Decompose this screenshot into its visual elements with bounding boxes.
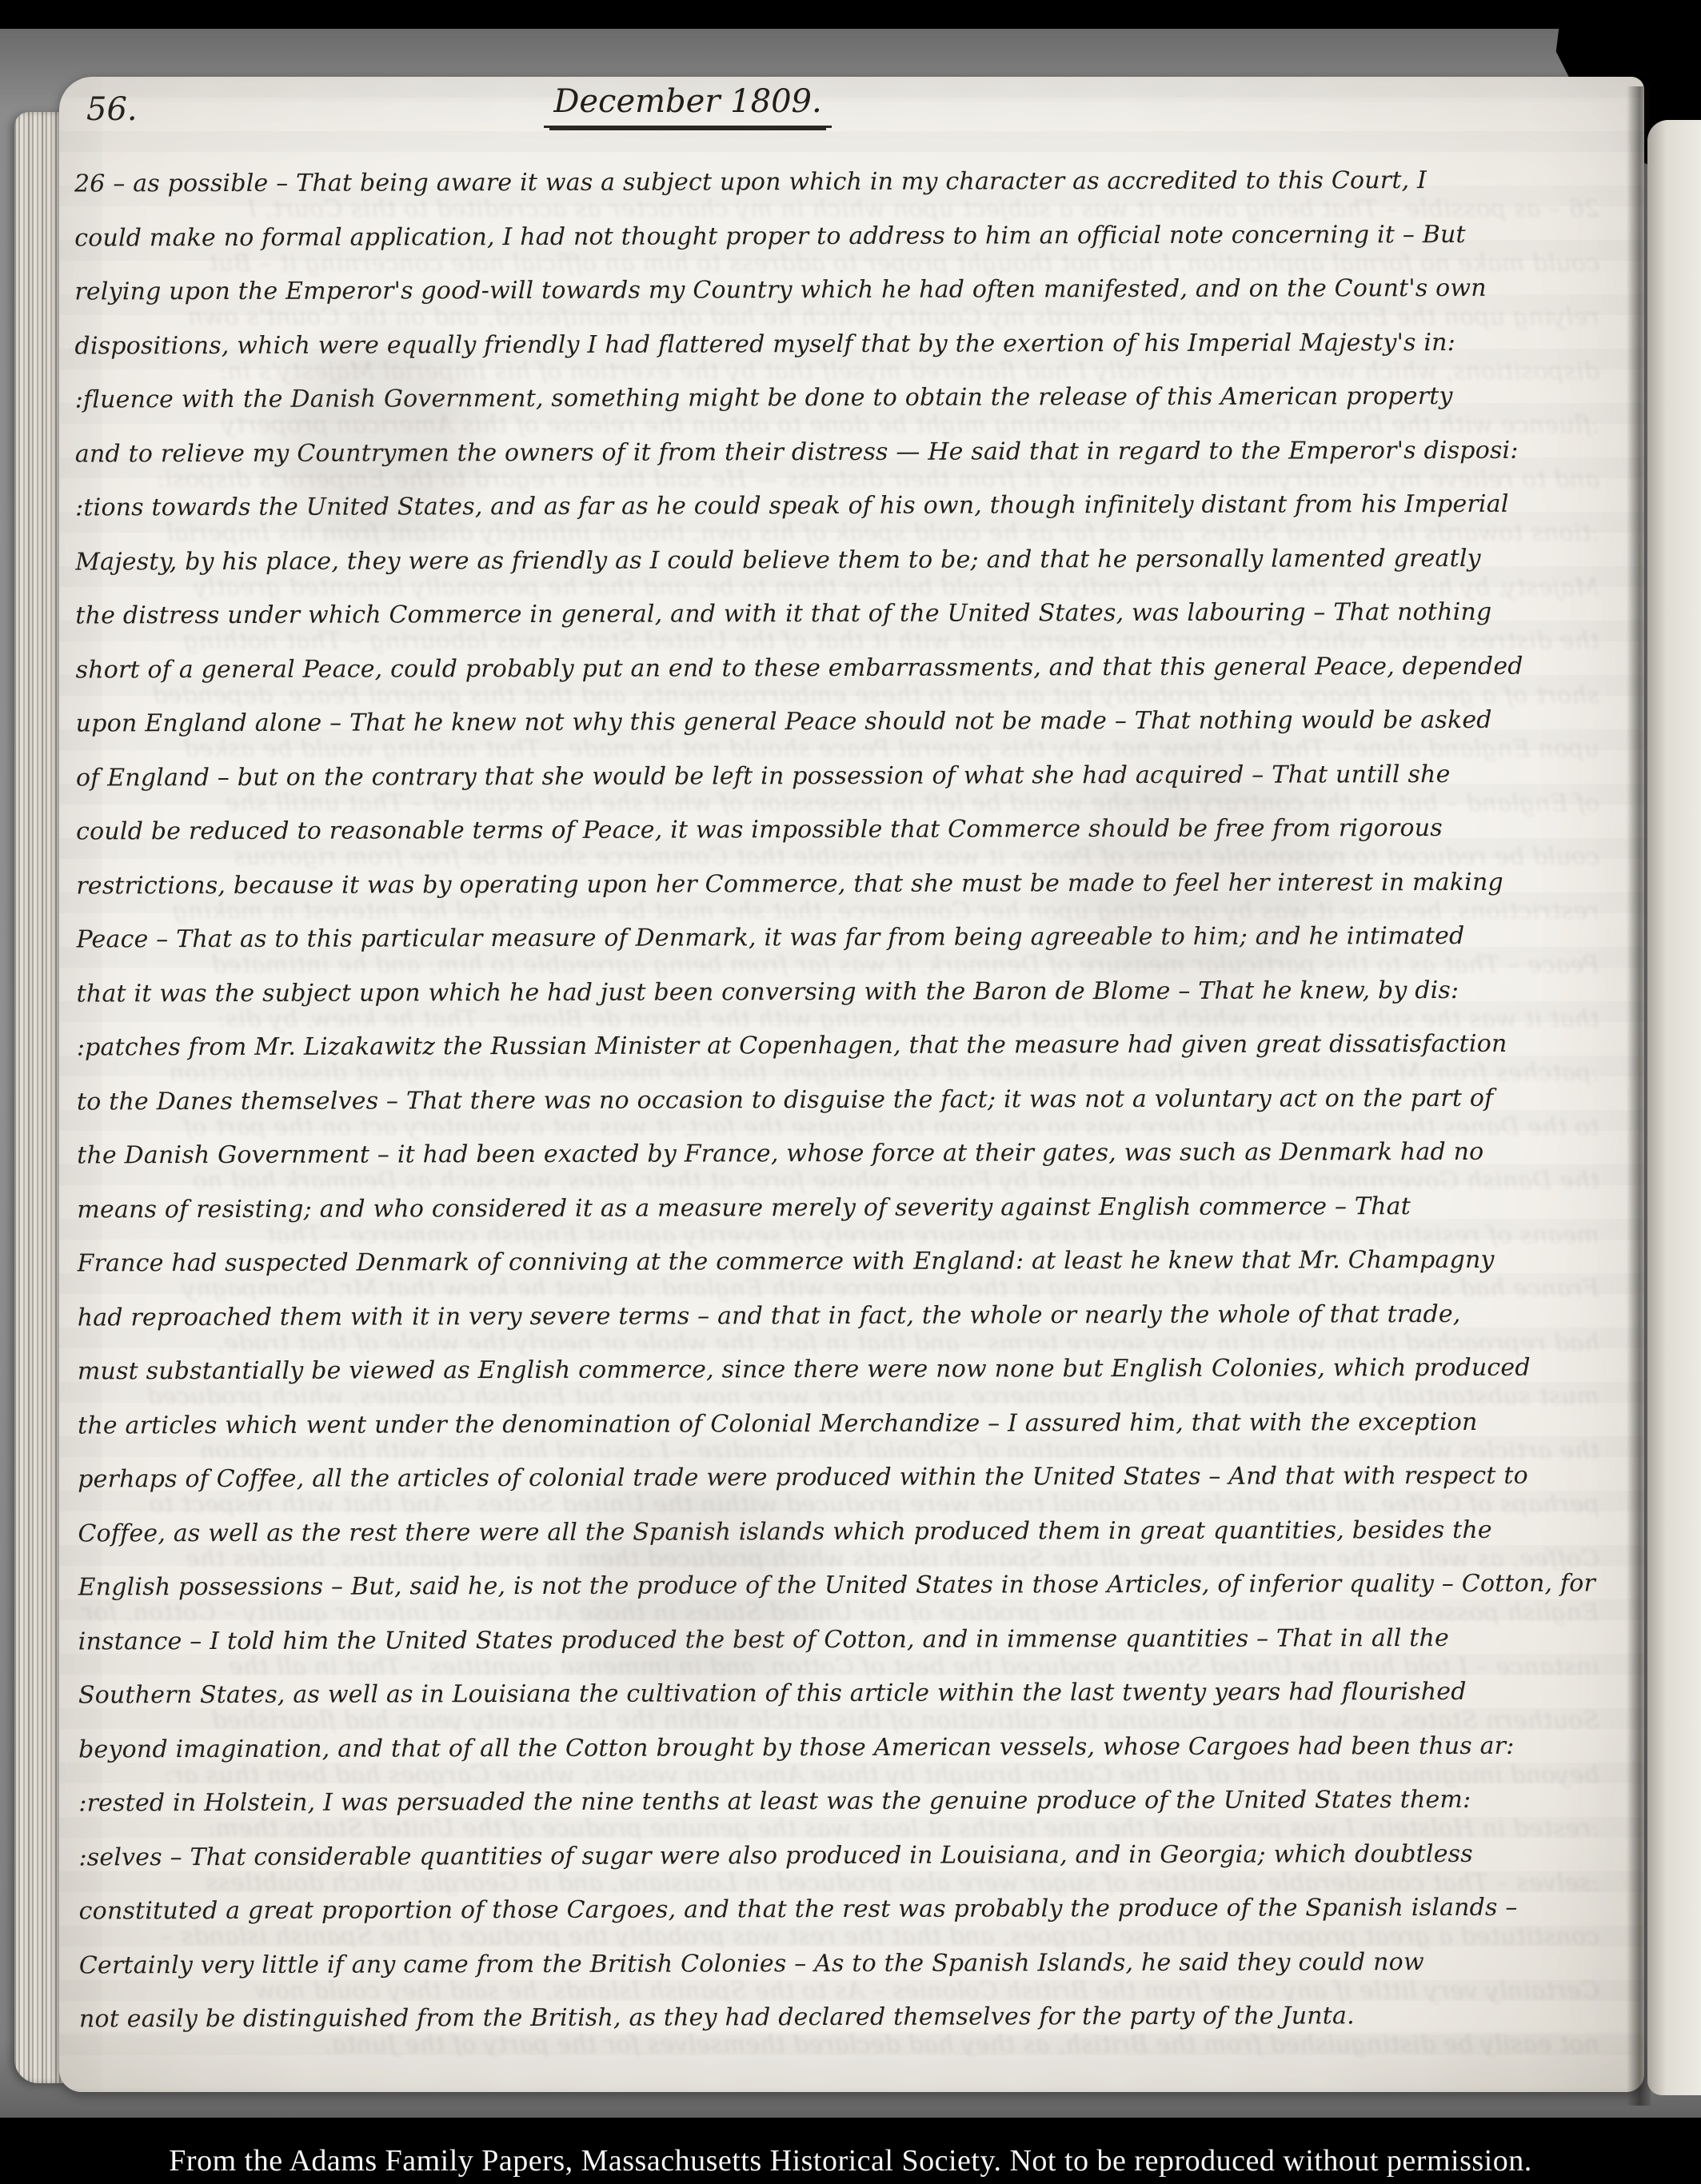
manuscript-line: Peace – That as to this particular measu… bbox=[76, 909, 1599, 967]
manuscript-line: must substantially be viewed as English … bbox=[78, 1341, 1600, 1399]
manuscript-line: not easily be distinguished from the Bri… bbox=[79, 1989, 1602, 2046]
manuscript-line: the Danish Government – it had been exac… bbox=[77, 1125, 1599, 1183]
manuscript-line: that it was the subject upon which he ha… bbox=[77, 963, 1599, 1020]
entry-title: December 1809. bbox=[544, 83, 831, 128]
manuscript-line: the articles which went under the denomi… bbox=[78, 1395, 1600, 1452]
manuscript-line: instance – I told him the United States … bbox=[78, 1611, 1601, 1668]
manuscript-line: Coffee, as well as the rest there were a… bbox=[78, 1503, 1600, 1560]
manuscript-line: relying upon the Emperor's good-will tow… bbox=[74, 262, 1597, 319]
entry-title-wrap: December 1809. bbox=[448, 83, 928, 128]
manuscript-line: Certainly very little if any came from t… bbox=[79, 1934, 1602, 1992]
manuscript-scan: 56. December 1809. 26 – as possible – Th… bbox=[0, 0, 1701, 2184]
manuscript-body: 26 – as possible – That being aware it w… bbox=[74, 154, 1602, 2046]
manuscript-line: :patches from Mr. Lizakawitz the Russian… bbox=[77, 1017, 1599, 1075]
manuscript-line: :selves – That considerable quantities o… bbox=[78, 1827, 1601, 1884]
manuscript-line: :fluence with the Danish Government, som… bbox=[75, 369, 1598, 427]
manuscript-line: short of a general Peace, could probably… bbox=[76, 639, 1599, 697]
manuscript-line: the distress under which Commerce in gen… bbox=[75, 585, 1598, 643]
manuscript-line: France had suspected Denmark of connivin… bbox=[77, 1233, 1599, 1291]
manuscript-line: had reproached them with it in very seve… bbox=[78, 1287, 1600, 1344]
manuscript-line: beyond imagination, and that of all the … bbox=[78, 1719, 1601, 1776]
manuscript-line: and to relieve my Countrymen the owners … bbox=[75, 423, 1598, 481]
manuscript-line: Majesty, by his place, they were as frie… bbox=[75, 531, 1598, 589]
manuscript-line: constituted a great proportion of those … bbox=[79, 1881, 1602, 1938]
manuscript-line: :tions towards the United States, and as… bbox=[75, 477, 1598, 535]
manuscript-line: restrictions, because it was by operatin… bbox=[76, 855, 1599, 912]
manuscript-line: could be reduced to reasonable terms of … bbox=[76, 801, 1599, 859]
manuscript-line: dispositions, which were equally friendl… bbox=[74, 315, 1597, 373]
book-page-edges bbox=[14, 112, 66, 2083]
page-number: 56. bbox=[86, 91, 138, 128]
manuscript-line: of England – but on the contrary that sh… bbox=[76, 747, 1599, 805]
manuscript-line: Southern States, as well as in Louisiana… bbox=[78, 1665, 1601, 1723]
manuscript-line: to the Danes themselves – That there was… bbox=[77, 1071, 1599, 1128]
manuscript-line: English possessions – But, said he, is n… bbox=[78, 1557, 1601, 1615]
manuscript-line: upon England alone – That he knew not wh… bbox=[76, 693, 1599, 751]
manuscript-page: 56. December 1809. 26 – as possible – Th… bbox=[59, 77, 1644, 2092]
manuscript-line: :rested in Holstein, I was persuaded the… bbox=[78, 1773, 1601, 1831]
archive-credit-line: From the Adams Family Papers, Massachuse… bbox=[0, 2143, 1701, 2178]
facing-page-edge bbox=[1647, 120, 1701, 2095]
manuscript-line: perhaps of Coffee, all the articles of c… bbox=[78, 1449, 1600, 1507]
manuscript-line: 26 – as possible – That being aware it w… bbox=[74, 154, 1597, 211]
manuscript-line: means of resisting; and who considered i… bbox=[77, 1179, 1599, 1236]
manuscript-line: could make no formal application, I had … bbox=[74, 207, 1597, 265]
